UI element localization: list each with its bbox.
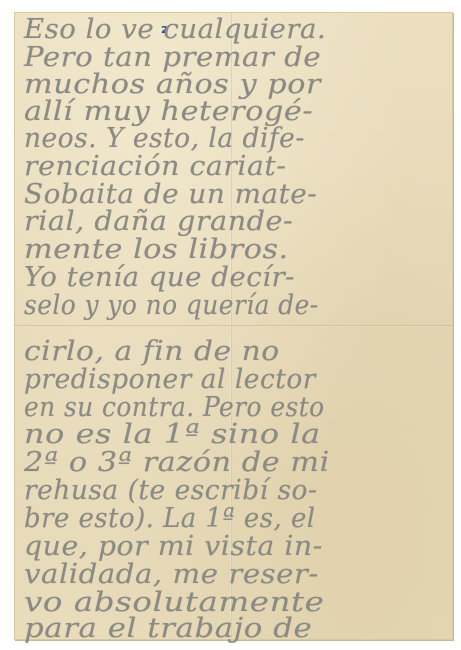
horizontal-fold-line [14,325,453,327]
handwritten-line: para el trabajo de [24,613,312,645]
handwritten-line: selo y yo no quería de- [24,290,319,322]
letter-page: 2 Eso lo ve cualquiera. Pero tan premar … [14,12,453,640]
